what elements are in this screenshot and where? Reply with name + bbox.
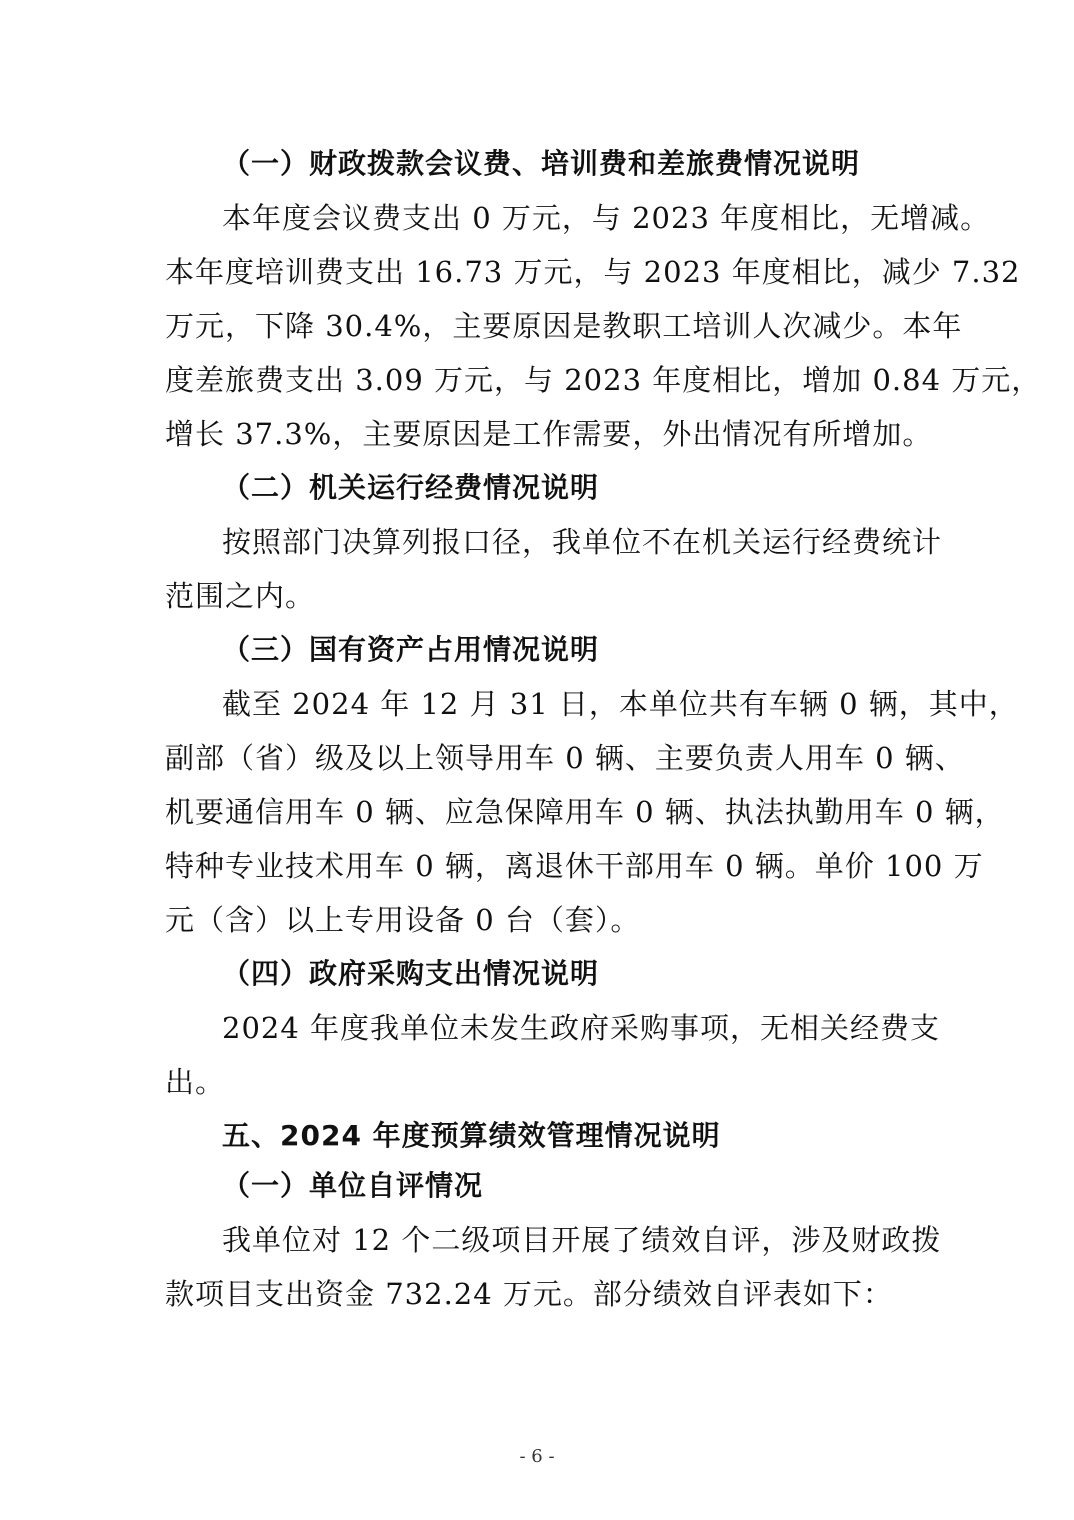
paragraph-line: 款项目支出资金 732.24 万元。部分绩效自评表如下： xyxy=(165,1274,915,1314)
paragraph-line: 机要通信用车 0 辆、应急保障用车 0 辆、执法执勤用车 0 辆， xyxy=(165,792,915,832)
section-heading-meeting-training-travel: （一）财政拨款会议费、培训费和差旅费情况说明 xyxy=(222,144,915,184)
paragraph-line: 2024 年度我单位未发生政府采购事项，无相关经费支 xyxy=(222,1008,915,1048)
paragraph-line: 增长 37.3%，主要原因是工作需要，外出情况有所增加。 xyxy=(165,414,915,454)
chapter-heading-performance: 五、2024 年度预算绩效管理情况说明 xyxy=(222,1116,915,1156)
paragraph-line: 度差旅费支出 3.09 万元，与 2023 年度相比，增加 0.84 万元， xyxy=(165,360,915,400)
paragraph-line: 范围之内。 xyxy=(165,576,915,616)
section-heading-operating-funds: （二）机关运行经费情况说明 xyxy=(222,468,915,508)
document-page: （一）财政拨款会议费、培训费和差旅费情况说明 本年度会议费支出 0 万元，与 2… xyxy=(0,0,1074,1520)
paragraph-line: 本年度培训费支出 16.73 万元，与 2023 年度相比，减少 7.32 xyxy=(165,252,915,292)
paragraph-line: 副部（省）级及以上领导用车 0 辆、主要负责人用车 0 辆、 xyxy=(165,738,915,778)
page-number: - 6 - xyxy=(0,1446,1074,1467)
paragraph-line: 元（含）以上专用设备 0 台（套）。 xyxy=(165,900,915,940)
paragraph-line: 我单位对 12 个二级项目开展了绩效自评，涉及财政拨 xyxy=(222,1220,915,1260)
paragraph-line: 万元，下降 30.4%，主要原因是教职工培训人次减少。本年 xyxy=(165,306,915,346)
section-heading-self-evaluation: （一）单位自评情况 xyxy=(222,1166,915,1206)
paragraph-line: 特种专业技术用车 0 辆，离退休干部用车 0 辆。单价 100 万 xyxy=(165,846,915,886)
section-heading-procurement: （四）政府采购支出情况说明 xyxy=(222,954,915,994)
paragraph-line: 本年度会议费支出 0 万元，与 2023 年度相比，无增减。 xyxy=(222,198,915,238)
section-heading-state-assets: （三）国有资产占用情况说明 xyxy=(222,630,915,670)
paragraph-line: 出。 xyxy=(165,1062,915,1102)
paragraph-line: 按照部门决算列报口径，我单位不在机关运行经费统计 xyxy=(222,522,915,562)
paragraph-line: 截至 2024 年 12 月 31 日，本单位共有车辆 0 辆，其中， xyxy=(222,684,915,724)
